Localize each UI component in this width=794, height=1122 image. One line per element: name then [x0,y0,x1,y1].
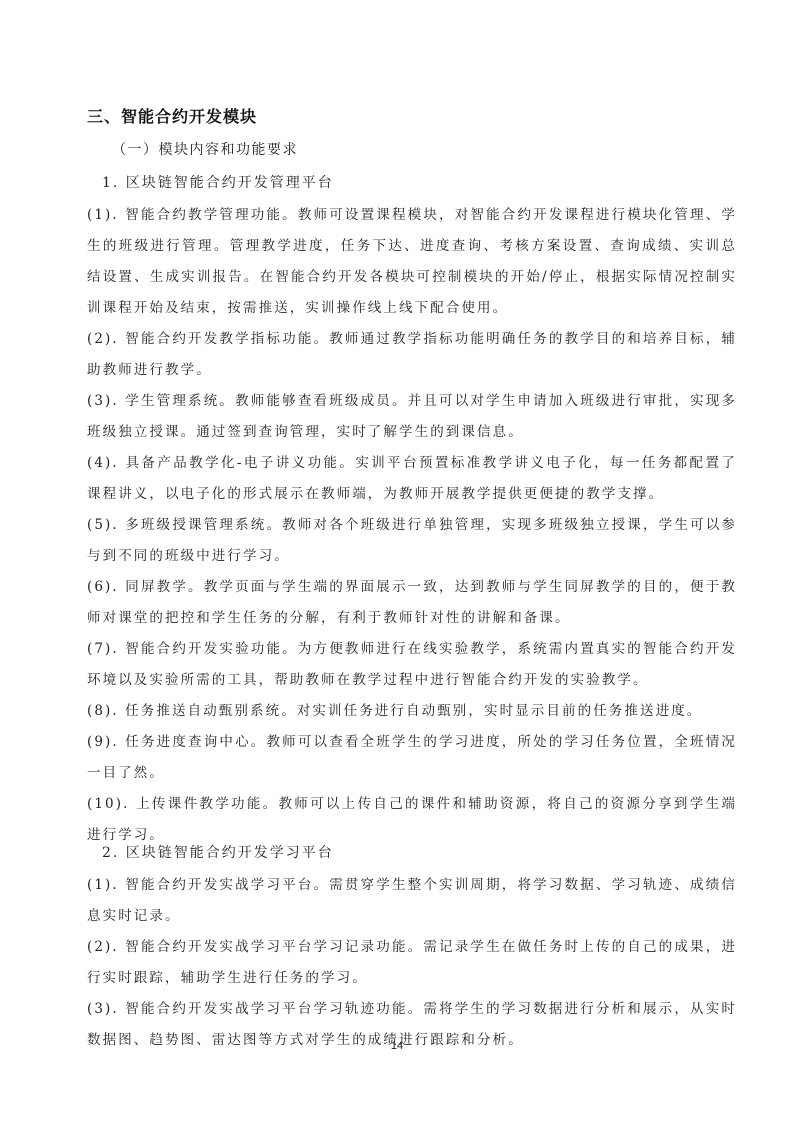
page-number: 14 [0,1040,794,1052]
part1-heading: 1. 区块链智能合约开发管理平台 [102,172,334,192]
list-item: (9). 任务进度查询中心。教师可以查看全班学生的学习进度，所处的学习任务位置，… [87,727,737,789]
list-item: (4). 具备产品教学化-电子讲义功能。实训平台预置标准教学讲义电子化，每一任务… [87,448,737,510]
list-item: (7). 智能合约开发实验功能。为方便教师进行在线实验教学，系统需内置真实的智能… [87,634,737,696]
part1-body: (1). 智能合约教学管理功能。教师可设置课程模块，对智能合约开发课程进行模块化… [87,200,737,851]
list-item: (3). 学生管理系统。教师能够查看班级成员。并且可以对学生申请加入班级进行审批… [87,386,737,448]
subsection-title: （一）模块内容和功能要求 [112,139,298,159]
list-item: (8). 任务推送自动甄别系统。对实训任务进行自动甄别，实时显示目前的任务推送进… [87,696,737,727]
part2-heading: 2. 区块链智能合约开发学习平台 [102,842,334,862]
list-item: (2). 智能合约开发教学指标功能。教师通过教学指标功能明确任务的教学目的和培养… [87,324,737,386]
list-item: (1). 智能合约教学管理功能。教师可设置课程模块，对智能合约开发课程进行模块化… [87,200,737,324]
section-title: 三、智能合约开发模块 [87,104,257,127]
list-item: (6). 同屏教学。教学页面与学生端的界面展示一致，达到教师与学生同屏教学的目的… [87,572,737,634]
list-item: (2). 智能合约开发实战学习平台学习记录功能。需记录学生在做任务时上传的自己的… [87,932,737,994]
list-item: (5). 多班级授课管理系统。教师对各个班级进行单独管理，实现多班级独立授课，学… [87,510,737,572]
document-page: 三、智能合约开发模块 （一）模块内容和功能要求 1. 区块链智能合约开发管理平台… [0,0,794,1122]
part2-body: (1). 智能合约开发实战学习平台。需贯穿学生整个实训周期，将学习数据、学习轨迹… [87,870,737,1056]
list-item: (1). 智能合约开发实战学习平台。需贯穿学生整个实训周期，将学习数据、学习轨迹… [87,870,737,932]
